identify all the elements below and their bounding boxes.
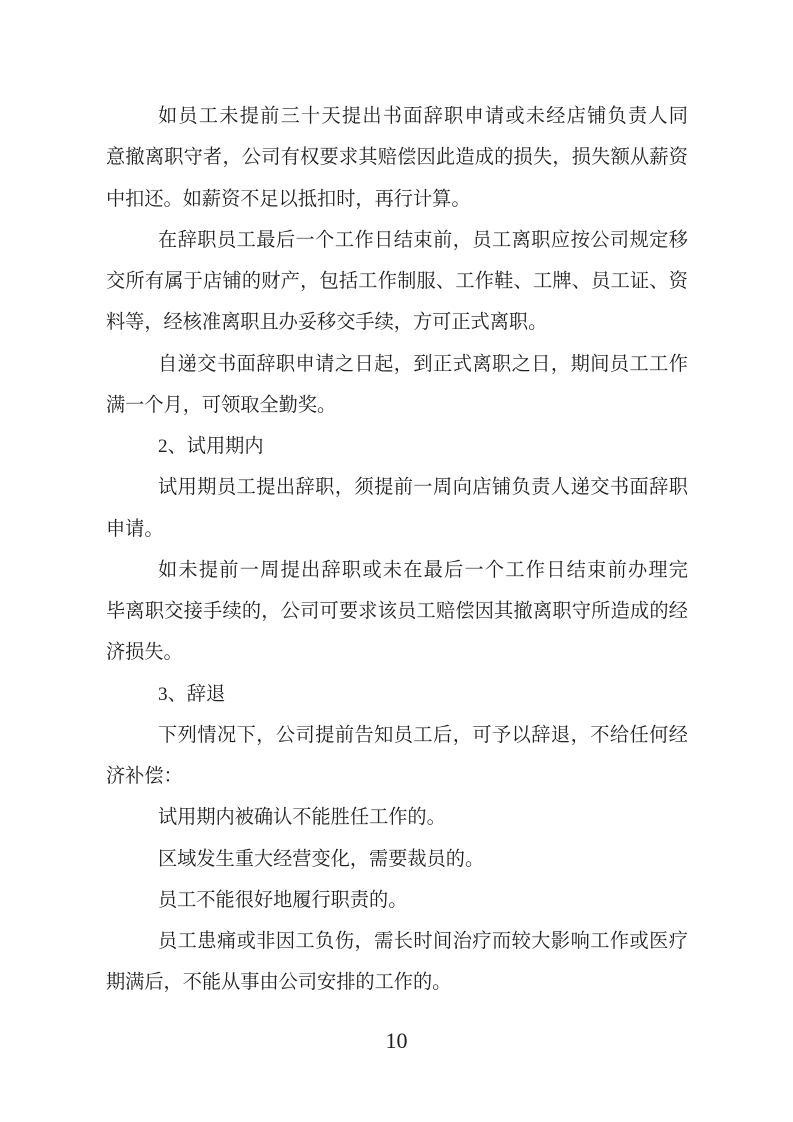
page-footer: 10 <box>0 1027 793 1055</box>
text-line: 济损失。 <box>106 632 688 673</box>
text-line: 意撤离职守者，公司有权要求其赔偿因此造成的损失，损失额从薪资 <box>106 137 688 178</box>
text-line: 2、试用期内 <box>106 426 688 467</box>
text-line: 员工不能很好地履行职责的。 <box>106 880 688 921</box>
text-line: 交所有属于店铺的财产，包括工作制服、工作鞋、工牌、员工证、资 <box>106 261 688 302</box>
paragraph: 下列情况下，公司提前告知员工后，可予以辞退，不给任何经济补偿： <box>106 715 688 798</box>
document-page: 如员工未提前三十天提出书面辞职申请或未经店铺负责人同意撤离职守者，公司有权要求其… <box>0 0 793 1122</box>
paragraph: 区域发生重大经营变化，需要裁员的。 <box>106 839 688 880</box>
text-line: 下列情况下，公司提前告知员工后，可予以辞退，不给任何经 <box>106 715 688 756</box>
text-line: 在辞职员工最后一个工作日结束前，员工离职应按公司规定移 <box>106 220 688 261</box>
page-number: 10 <box>386 1028 408 1053</box>
text-line: 3、辞退 <box>106 674 688 715</box>
paragraph: 如员工未提前三十天提出书面辞职申请或未经店铺负责人同意撤离职守者，公司有权要求其… <box>106 96 688 220</box>
text-line: 员工患痛或非因工负伤，需长时间治疗而较大影响工作或医疗 <box>106 921 688 962</box>
text-line: 中扣还。如薪资不足以抵扣时，再行计算。 <box>106 179 688 220</box>
paragraph: 试用期内被确认不能胜任工作的。 <box>106 797 688 838</box>
text-line: 试用期员工提出辞职，须提前一周向店铺负责人递交书面辞职 <box>106 467 688 508</box>
paragraph: 如未提前一周提出辞职或未在最后一个工作日结束前办理完毕离职交接手续的，公司可要求… <box>106 550 688 674</box>
text-line: 济补偿： <box>106 756 688 797</box>
text-line: 毕离职交接手续的，公司可要求该员工赔偿因其撤离职守所造成的经 <box>106 591 688 632</box>
paragraph: 2、试用期内 <box>106 426 688 467</box>
text-line: 申请。 <box>106 509 688 550</box>
text-line: 满一个月，可领取全勤奖。 <box>106 385 688 426</box>
paragraph: 员工患痛或非因工负伤，需长时间治疗而较大影响工作或医疗期满后，不能从事由公司安排… <box>106 921 688 1004</box>
text-line: 自递交书面辞职申请之日起，到正式离职之日，期间员工工作 <box>106 344 688 385</box>
paragraph: 员工不能很好地履行职责的。 <box>106 880 688 921</box>
text-line: 如未提前一周提出辞职或未在最后一个工作日结束前办理完 <box>106 550 688 591</box>
document-body: 如员工未提前三十天提出书面辞职申请或未经店铺负责人同意撤离职守者，公司有权要求其… <box>106 96 688 1004</box>
paragraph: 3、辞退 <box>106 674 688 715</box>
text-line: 如员工未提前三十天提出书面辞职申请或未经店铺负责人同 <box>106 96 688 137</box>
text-line: 区域发生重大经营变化，需要裁员的。 <box>106 839 688 880</box>
text-line: 期满后，不能从事由公司安排的工作的。 <box>106 962 688 1003</box>
paragraph: 在辞职员工最后一个工作日结束前，员工离职应按公司规定移交所有属于店铺的财产，包括… <box>106 220 688 344</box>
paragraph: 试用期员工提出辞职，须提前一周向店铺负责人递交书面辞职申请。 <box>106 467 688 550</box>
text-line: 料等，经核准离职且办妥移交手续，方可正式离职。 <box>106 302 688 343</box>
text-line: 试用期内被确认不能胜任工作的。 <box>106 797 688 838</box>
paragraph: 自递交书面辞职申请之日起，到正式离职之日，期间员工工作满一个月，可领取全勤奖。 <box>106 344 688 427</box>
